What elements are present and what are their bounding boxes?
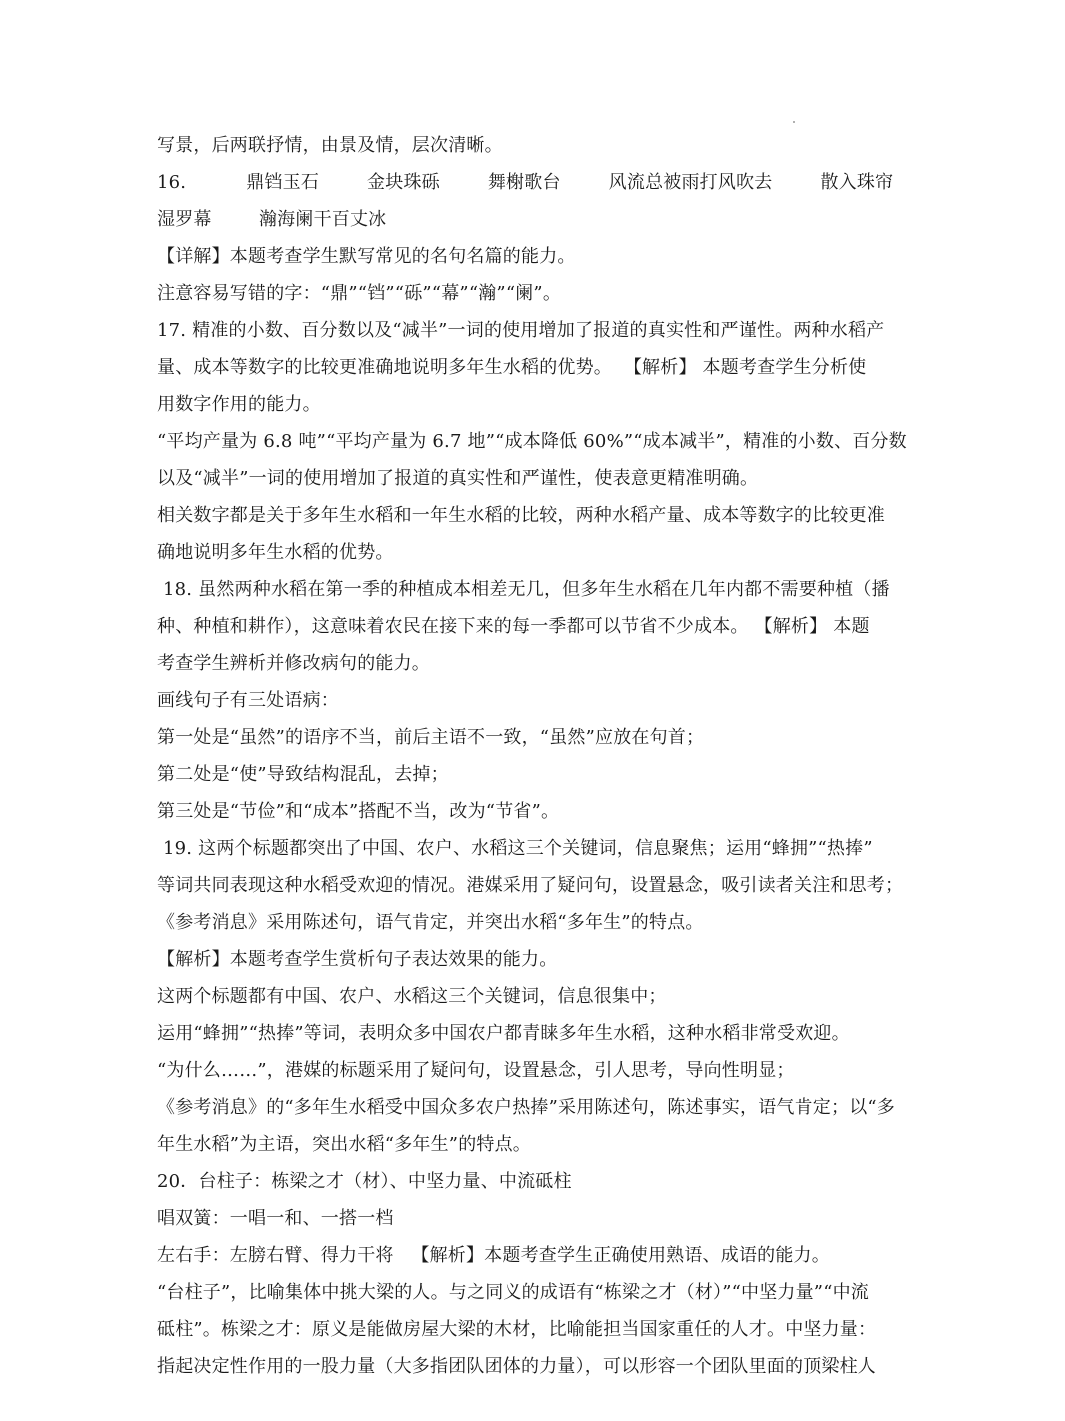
text-line: 左右手：左膀右臂、得力干将 【解析】本题考查学生正确使用熟语、成语的能力。 xyxy=(157,1237,912,1274)
text-line: 注意容易写错的字：“鼎”“铛”“砾”“幕”“瀚”“阑”。 xyxy=(157,275,912,312)
text-line: 这两个标题都有中国、农户、水稻这三个关键词，信息很集中； xyxy=(157,978,912,1015)
text-line: 19. 这两个标题都突出了中国、农户、水稻这三个关键词，信息聚焦；运用“蜂拥”“… xyxy=(157,830,912,867)
answer-content: 写景，后两联抒情，由景及情，层次清晰。 16.鼎铛玉石金块珠砾舞榭歌台风流总被雨… xyxy=(157,127,912,1385)
stray-mark xyxy=(793,121,795,123)
text-line: 17. 精准的小数、百分数以及“减半”一词的使用增加了报道的真实性和严谨性。两种… xyxy=(157,312,912,349)
text-line: 考查学生辨析并修改病句的能力。 xyxy=(157,645,912,682)
text-line: “台柱子”，比喻集体中挑大梁的人。与之同义的成语有“栋梁之才（材）”“中坚力量”… xyxy=(157,1274,912,1311)
document-page: 写景，后两联抒情，由景及情，层次清晰。 16.鼎铛玉石金块珠砾舞榭歌台风流总被雨… xyxy=(0,0,1065,1421)
answer-item: 鼎铛玉石 xyxy=(246,172,319,193)
text-line: 等词共同表现这种水稻受欢迎的情况。港媒采用了疑问句，设置悬念，吸引读者关注和思考… xyxy=(157,867,912,904)
text-line: 18. 虽然两种水稻在第一季的种植成本相差无几，但多年生水稻在几年内都不需要种植… xyxy=(157,571,912,608)
text-line: 确地说明多年生水稻的优势。 xyxy=(157,534,912,571)
text-line: 用数字作用的能力。 xyxy=(157,386,912,423)
text-line: 《参考消息》的“多年生水稻受中国众多农户热捧”采用陈述句，陈述事实，语气肯定；以… xyxy=(157,1089,912,1126)
text-line: 湿罗幕 瀚海阑干百丈冰 xyxy=(157,201,912,238)
text-line: 相关数字都是关于多年生水稻和一年生水稻的比较，两种水稻产量、成本等数字的比较更准 xyxy=(157,497,912,534)
answer-item: 舞榭歌台 xyxy=(488,172,561,193)
question-number: 16. xyxy=(157,172,186,193)
text-line: 【详解】本题考查学生默写常见的名句名篇的能力。 xyxy=(157,238,912,275)
text-line: “平均产量为 6.8 吨”“平均产量为 6.7 地”“成本降低 60%”“成本减… xyxy=(157,423,912,460)
text-line: 第二处是“使”导致结构混乱，去掉； xyxy=(157,756,912,793)
answer-item: 散入珠帘 xyxy=(820,172,893,193)
text-line: 运用“蜂拥”“热捧”等词，表明众多中国农户都青睐多年生水稻，这种水稻非常受欢迎。 xyxy=(157,1015,912,1052)
text-line: 年生水稻”为主语，突出水稻“多年生”的特点。 xyxy=(157,1126,912,1163)
text-line: 写景，后两联抒情，由景及情，层次清晰。 xyxy=(157,127,912,164)
text-line: 唱双簧：一唱一和、一搭一档 xyxy=(157,1200,912,1237)
text-line: 第三处是“节俭”和“成本”搭配不当，改为“节省”。 xyxy=(157,793,912,830)
text-line: 画线句子有三处语病： xyxy=(157,682,912,719)
text-line: 《参考消息》采用陈述句，语气肯定，并突出水稻“多年生”的特点。 xyxy=(157,904,912,941)
answer-item: 金块珠砾 xyxy=(367,172,440,193)
text-line: 量、成本等数字的比较更准确地说明多年生水稻的优势。 【解析】 本题考查学生分析使 xyxy=(157,349,912,386)
text-line: 第一处是“虽然”的语序不当，前后主语不一致，“虽然”应放在句首； xyxy=(157,719,912,756)
text-line: 砥柱”。栋梁之才：原义是能做房屋大梁的木材，比喻能担当国家重任的人才。中坚力量： xyxy=(157,1311,912,1348)
answer-item: 风流总被雨打风吹去 xyxy=(609,172,773,193)
q16-answer-line: 16.鼎铛玉石金块珠砾舞榭歌台风流总被雨打风吹去散入珠帘 xyxy=(157,164,912,201)
text-line: 指起决定性作用的一股力量（大多指团队团体的力量），可以形容一个团队里面的顶梁柱人 xyxy=(157,1348,912,1385)
text-line: 20．台柱子：栋梁之才（材）、中坚力量、中流砥柱 xyxy=(157,1163,912,1200)
text-line: 【解析】本题考查学生赏析句子表达效果的能力。 xyxy=(157,941,912,978)
text-line: 以及“减半”一词的使用增加了报道的真实性和严谨性，使表意更精准明确。 xyxy=(157,460,912,497)
text-line: 种、种植和耕作），这意味着农民在接下来的每一季都可以节省不少成本。 【解析】 本… xyxy=(157,608,912,645)
text-line: “为什么……”，港媒的标题采用了疑问句，设置悬念，引人思考，导向性明显； xyxy=(157,1052,912,1089)
